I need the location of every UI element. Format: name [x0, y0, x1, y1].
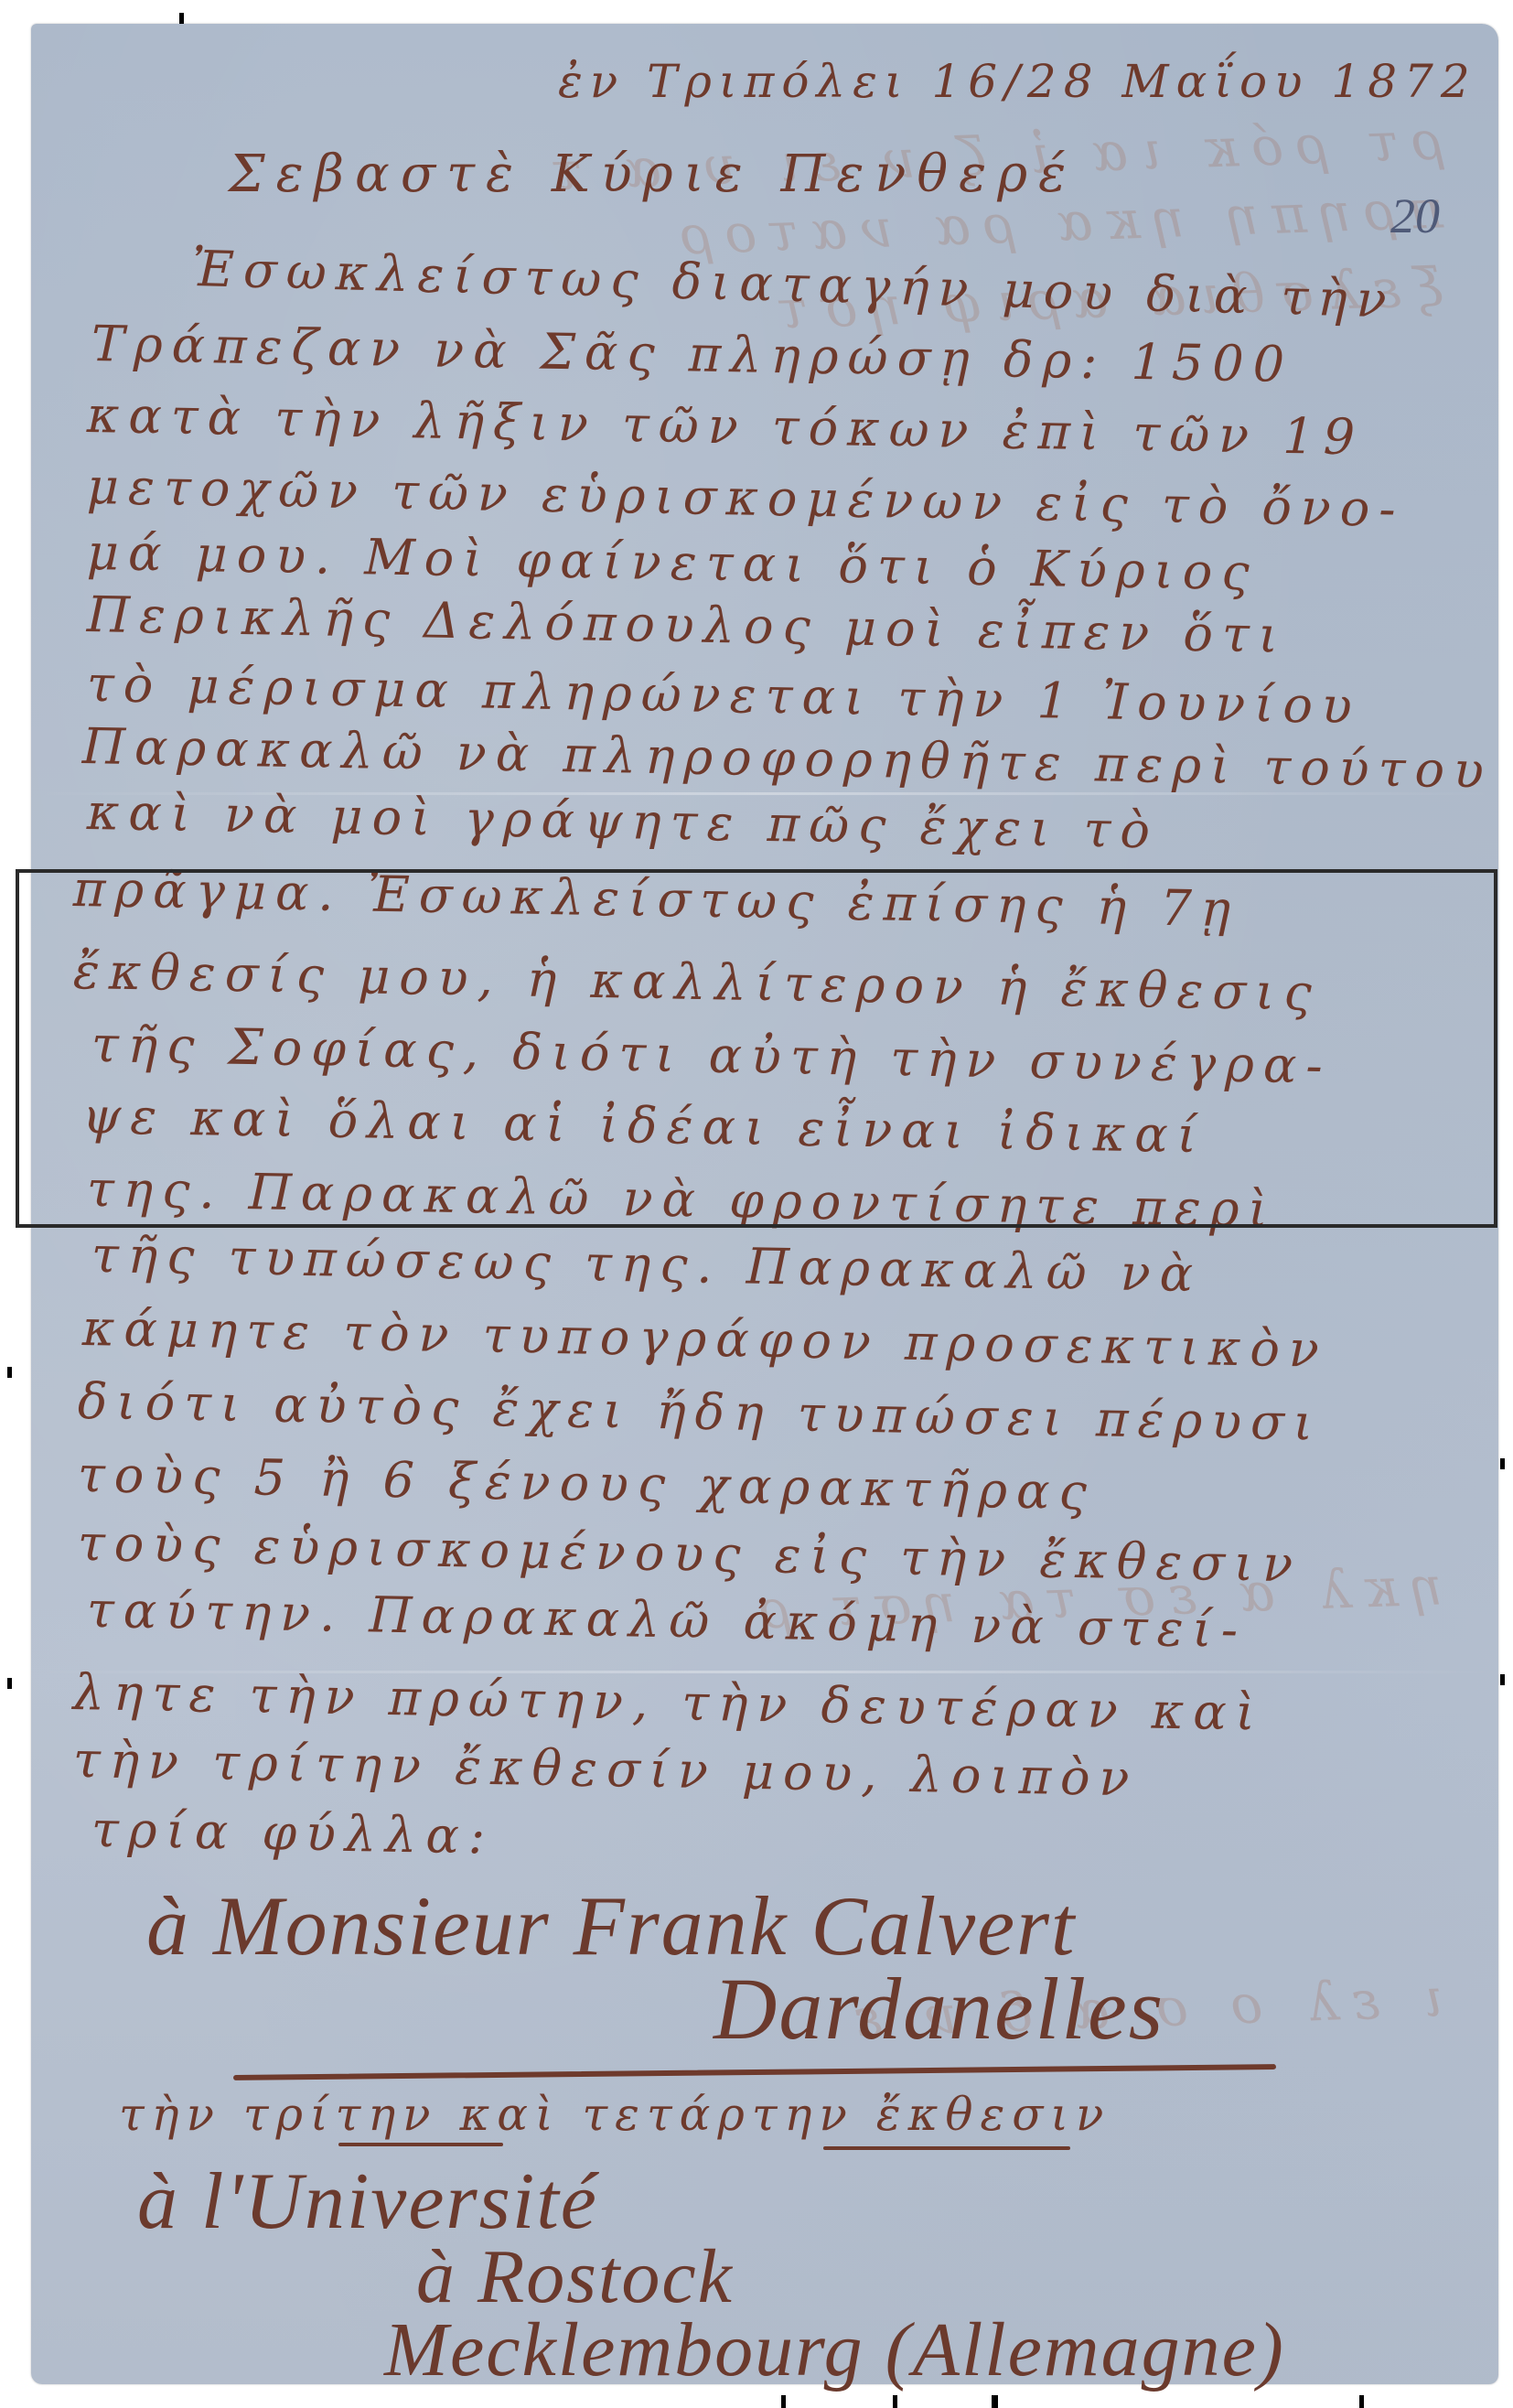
note-line: τὴν τρίτην καὶ τετάρτην ἔκθεσιν — [119, 2088, 1111, 2141]
scan-mark — [893, 2395, 897, 2408]
scan-mark — [7, 1367, 12, 1378]
salutation: Σεβαστὲ Κύριε Πενθερέ — [229, 145, 1077, 204]
note-underline — [823, 2146, 1070, 2150]
scan-mark — [992, 2395, 998, 2408]
recipient-city: Dardanelles — [714, 1958, 1164, 2059]
scan-mark — [1500, 1674, 1505, 1685]
scan-mark — [179, 13, 184, 24]
highlighted-passage-box — [16, 869, 1497, 1228]
archive-number: 20 — [1390, 188, 1440, 244]
dateline: ἐν Τριπόλει 16/28 Μαΐου 1872 — [558, 55, 1477, 108]
scan-mark — [781, 2395, 786, 2408]
scan-mark — [7, 1678, 12, 1689]
body-line: τρία φύλλα: — [91, 1801, 494, 1865]
second-address-line: Mecklembourg (Allemagne) — [384, 2306, 1285, 2394]
scan-mark — [1359, 2395, 1364, 2408]
note-underline — [338, 2143, 503, 2146]
scan-mark — [1500, 1458, 1505, 1469]
